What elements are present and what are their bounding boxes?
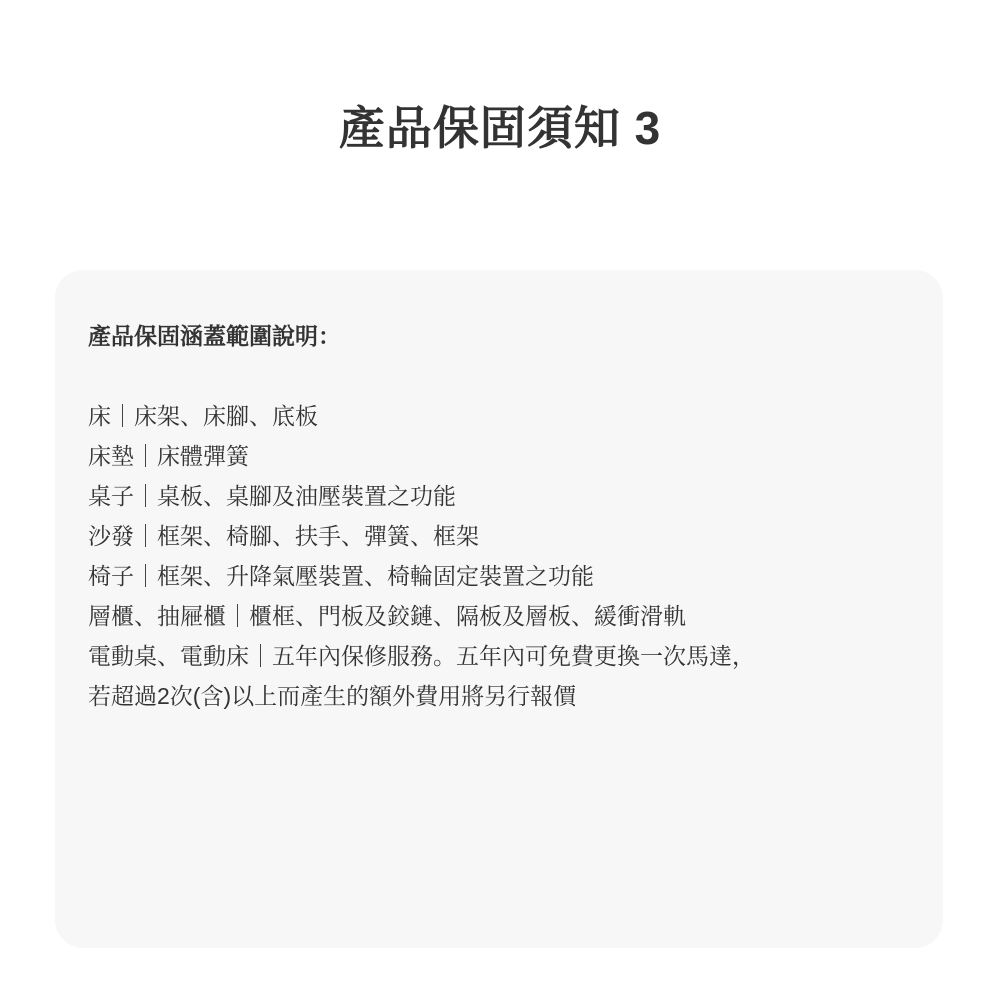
warranty-line-extra-fee-note: 若超過2次(含)以上而產生的額外費用將另行報價 — [88, 676, 903, 716]
warranty-line-bed: 床｜床架、床腳、底板 — [88, 396, 903, 436]
page-title: 產品保固須知 3 — [0, 0, 1000, 155]
warranty-card: 產品保固涵蓋範圍說明： 床｜床架、床腳、底板 床墊｜床體彈簧 桌子｜桌板、桌腳及… — [55, 270, 943, 948]
warranty-line-electric-desk-bed: 電動桌、電動床｜五年內保修服務。五年內可免費更換一次馬達， — [88, 636, 903, 676]
warranty-line-mattress: 床墊｜床體彈簧 — [88, 436, 903, 476]
warranty-line-sofa: 沙發｜框架、椅腳、扶手、彈簧、框架 — [88, 516, 903, 556]
card-heading: 產品保固涵蓋範圍說明： — [88, 316, 903, 356]
warranty-line-cabinet: 層櫃、抽屜櫃｜櫃框、門板及鉸鏈、隔板及層板、緩衝滑軌 — [88, 596, 903, 636]
warranty-lines: 床｜床架、床腳、底板 床墊｜床體彈簧 桌子｜桌板、桌腳及油壓裝置之功能 沙發｜框… — [88, 396, 903, 716]
warranty-notice-page: 產品保固須知 3 產品保固涵蓋範圍說明： 床｜床架、床腳、底板 床墊｜床體彈簧 … — [0, 0, 1000, 1000]
warranty-line-table: 桌子｜桌板、桌腳及油壓裝置之功能 — [88, 476, 903, 516]
warranty-line-chair: 椅子｜框架、升降氣壓裝置、椅輪固定裝置之功能 — [88, 556, 903, 596]
